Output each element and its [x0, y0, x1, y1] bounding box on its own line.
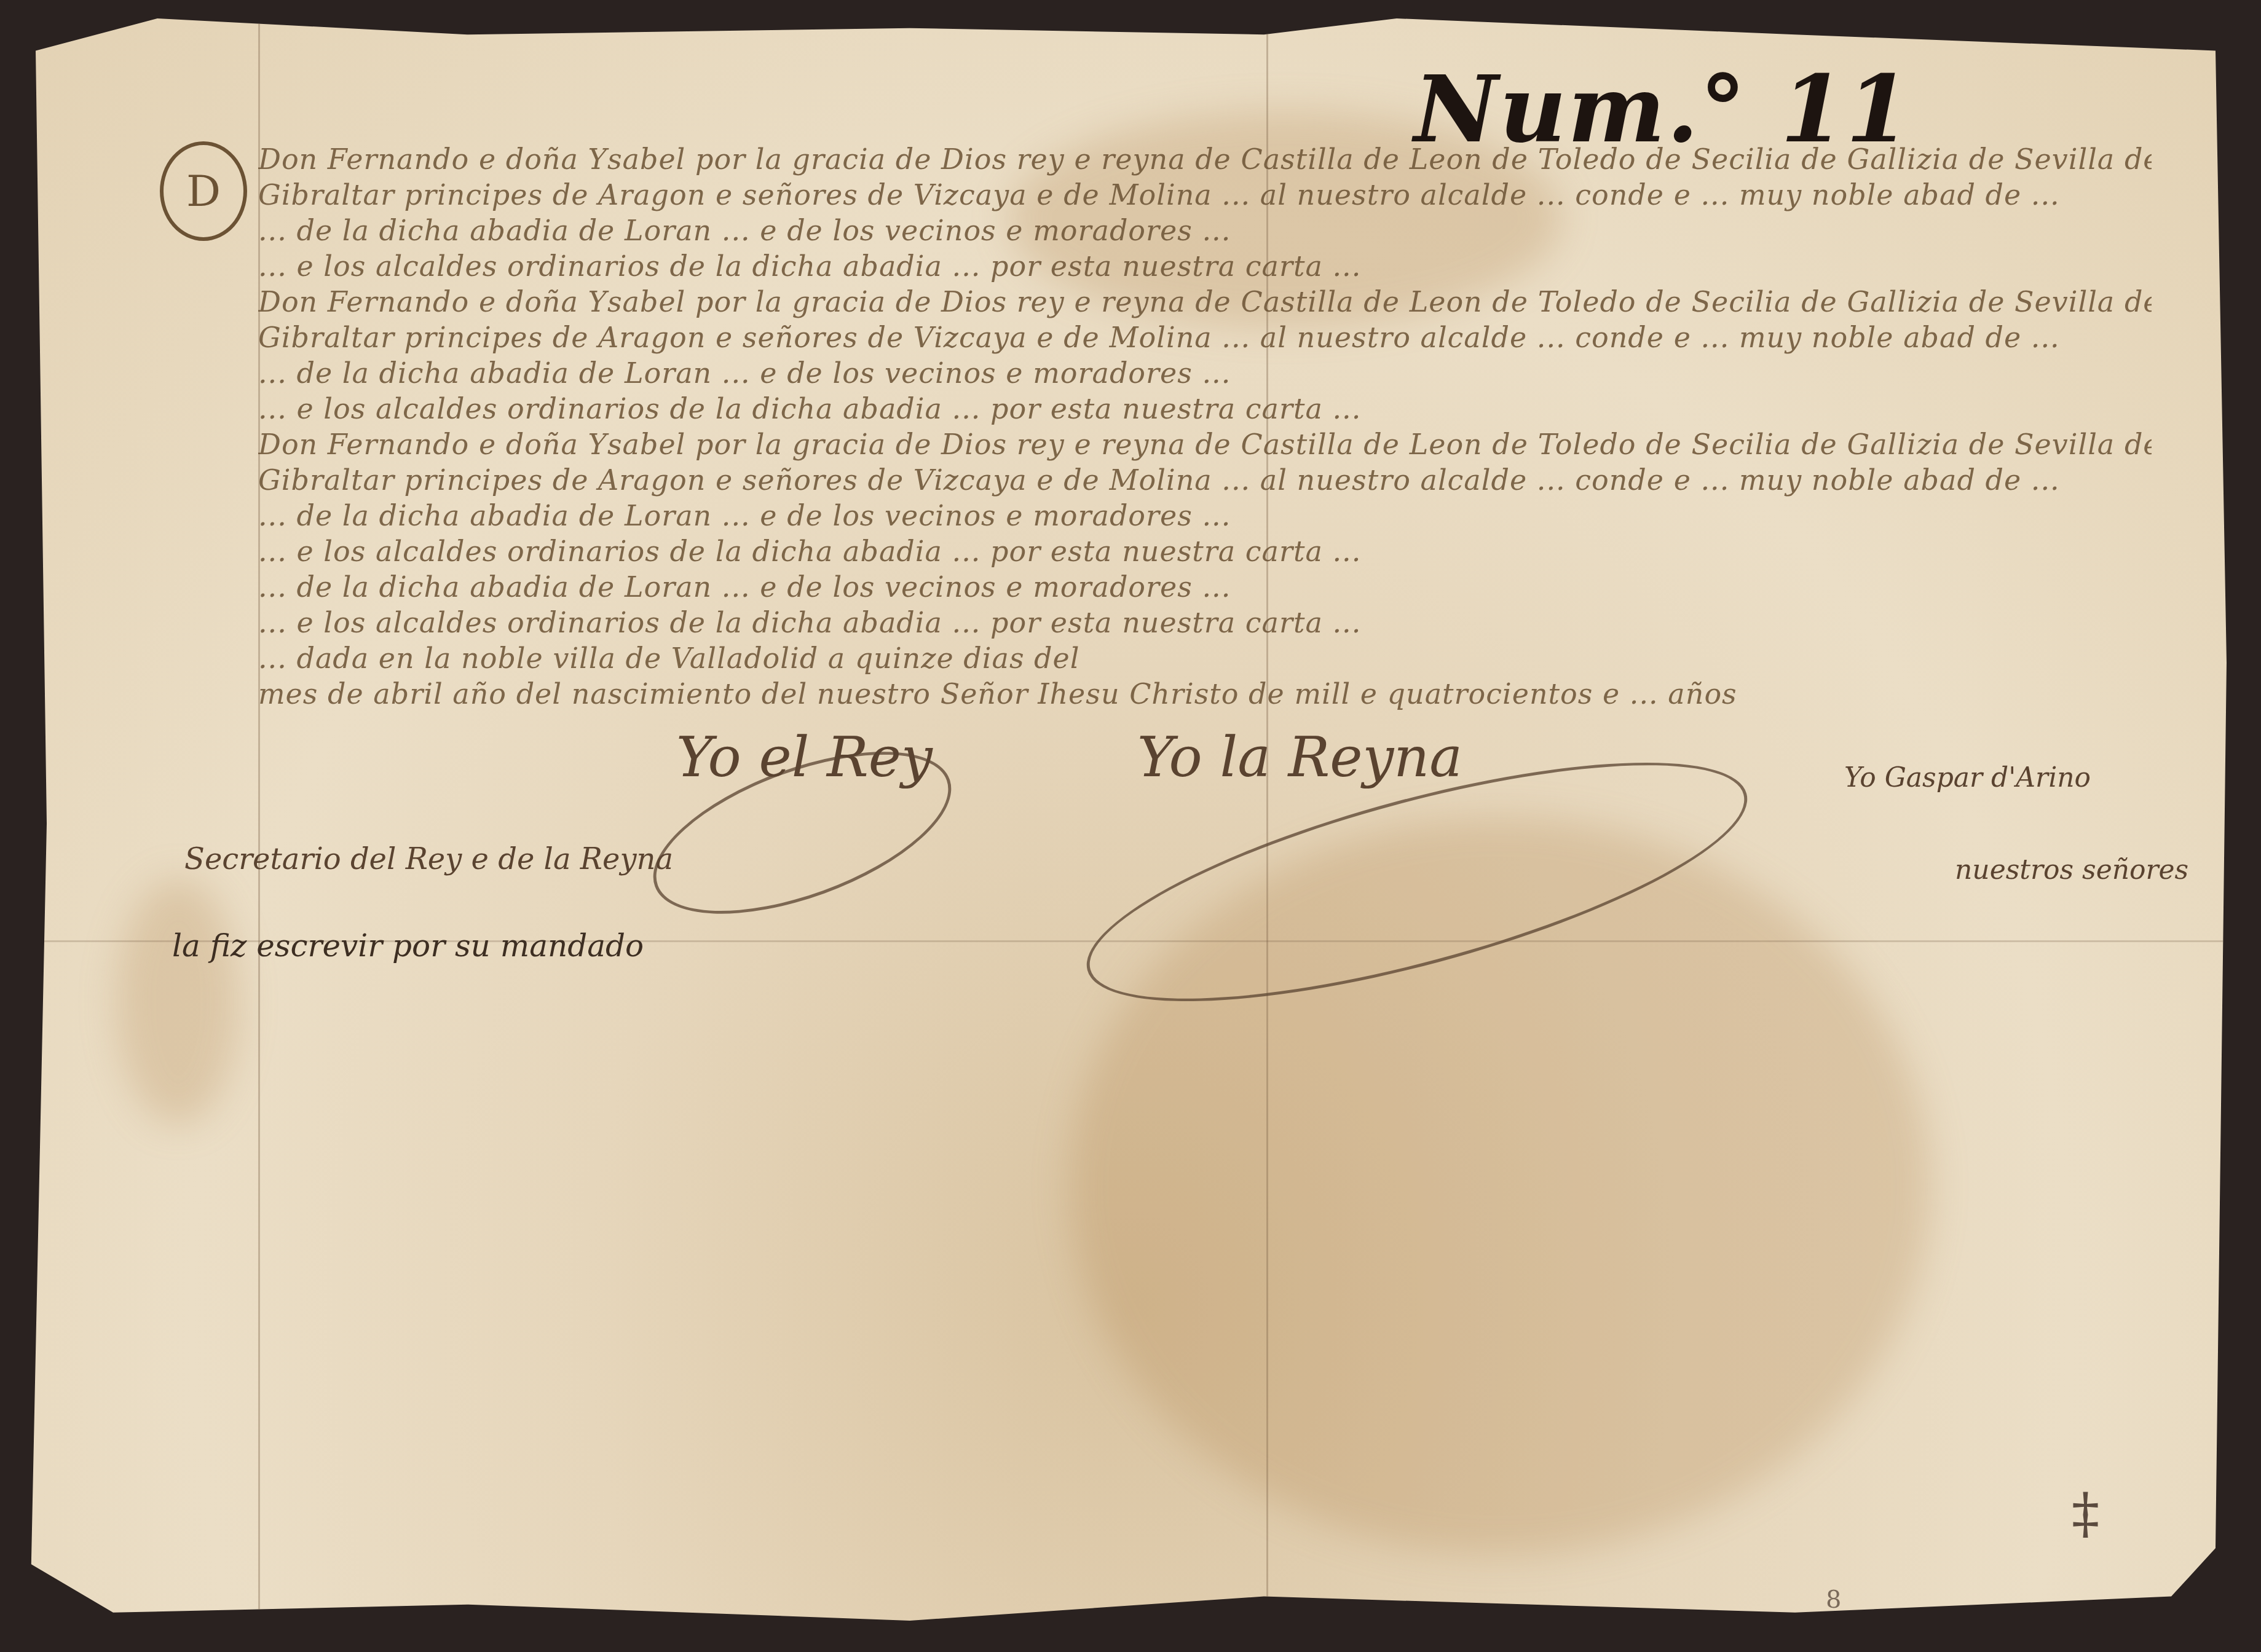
text-line: ... e los alcaldes ordinarios de la dich…: [258, 533, 2152, 569]
secretary-signature: Yo Gaspar d'Arino: [1844, 762, 2091, 793]
text-line: mes de abril año del nascimiento del nue…: [258, 676, 2152, 712]
text-line: Don Fernando e doña Ysabel por la gracia…: [258, 284, 2152, 320]
secretary-signature-line2: nuestros señores: [1955, 854, 2188, 886]
text-line: ... e los alcaldes ordinarios de la dich…: [258, 391, 2152, 427]
initial-letter: D: [186, 166, 221, 216]
manuscript-body-text: Don Fernando e doña Ysabel por la gracia…: [258, 141, 2152, 712]
folio-number: 8: [1826, 1586, 1841, 1614]
text-line: ... e los alcaldes ordinarios de la dich…: [258, 248, 2152, 284]
text-line: ... de la dicha abadia de Loran ... e de…: [258, 213, 2152, 248]
decorated-initial: D: [160, 141, 247, 241]
rubric-mark-icon: ‡: [2072, 1481, 2099, 1546]
text-line: Gibraltar principes de Aragon e señores …: [258, 177, 2152, 213]
text-line: Gibraltar principes de Aragon e señores …: [258, 320, 2152, 355]
mandate-line: la fiz escrevir por su mandado: [172, 928, 644, 964]
secretary-title: Secretario del Rey e de la Reyna: [184, 842, 673, 876]
signature-queen: Yo la Reyna: [1137, 725, 1462, 790]
text-line: Gibraltar principes de Aragon e señores …: [258, 462, 2152, 498]
text-line: ... de la dicha abadia de Loran ... e de…: [258, 355, 2152, 391]
text-line: ... dada en la noble villa de Valladolid…: [258, 640, 2152, 676]
text-line: Don Fernando e doña Ysabel por la gracia…: [258, 141, 2152, 177]
text-line: ... de la dicha abadia de Loran ... e de…: [258, 569, 2152, 605]
text-line: ... de la dicha abadia de Loran ... e de…: [258, 498, 2152, 533]
text-line: Don Fernando e doña Ysabel por la gracia…: [258, 427, 2152, 462]
water-stain: [117, 879, 240, 1125]
text-line: ... e los alcaldes ordinarios de la dich…: [258, 605, 2152, 640]
